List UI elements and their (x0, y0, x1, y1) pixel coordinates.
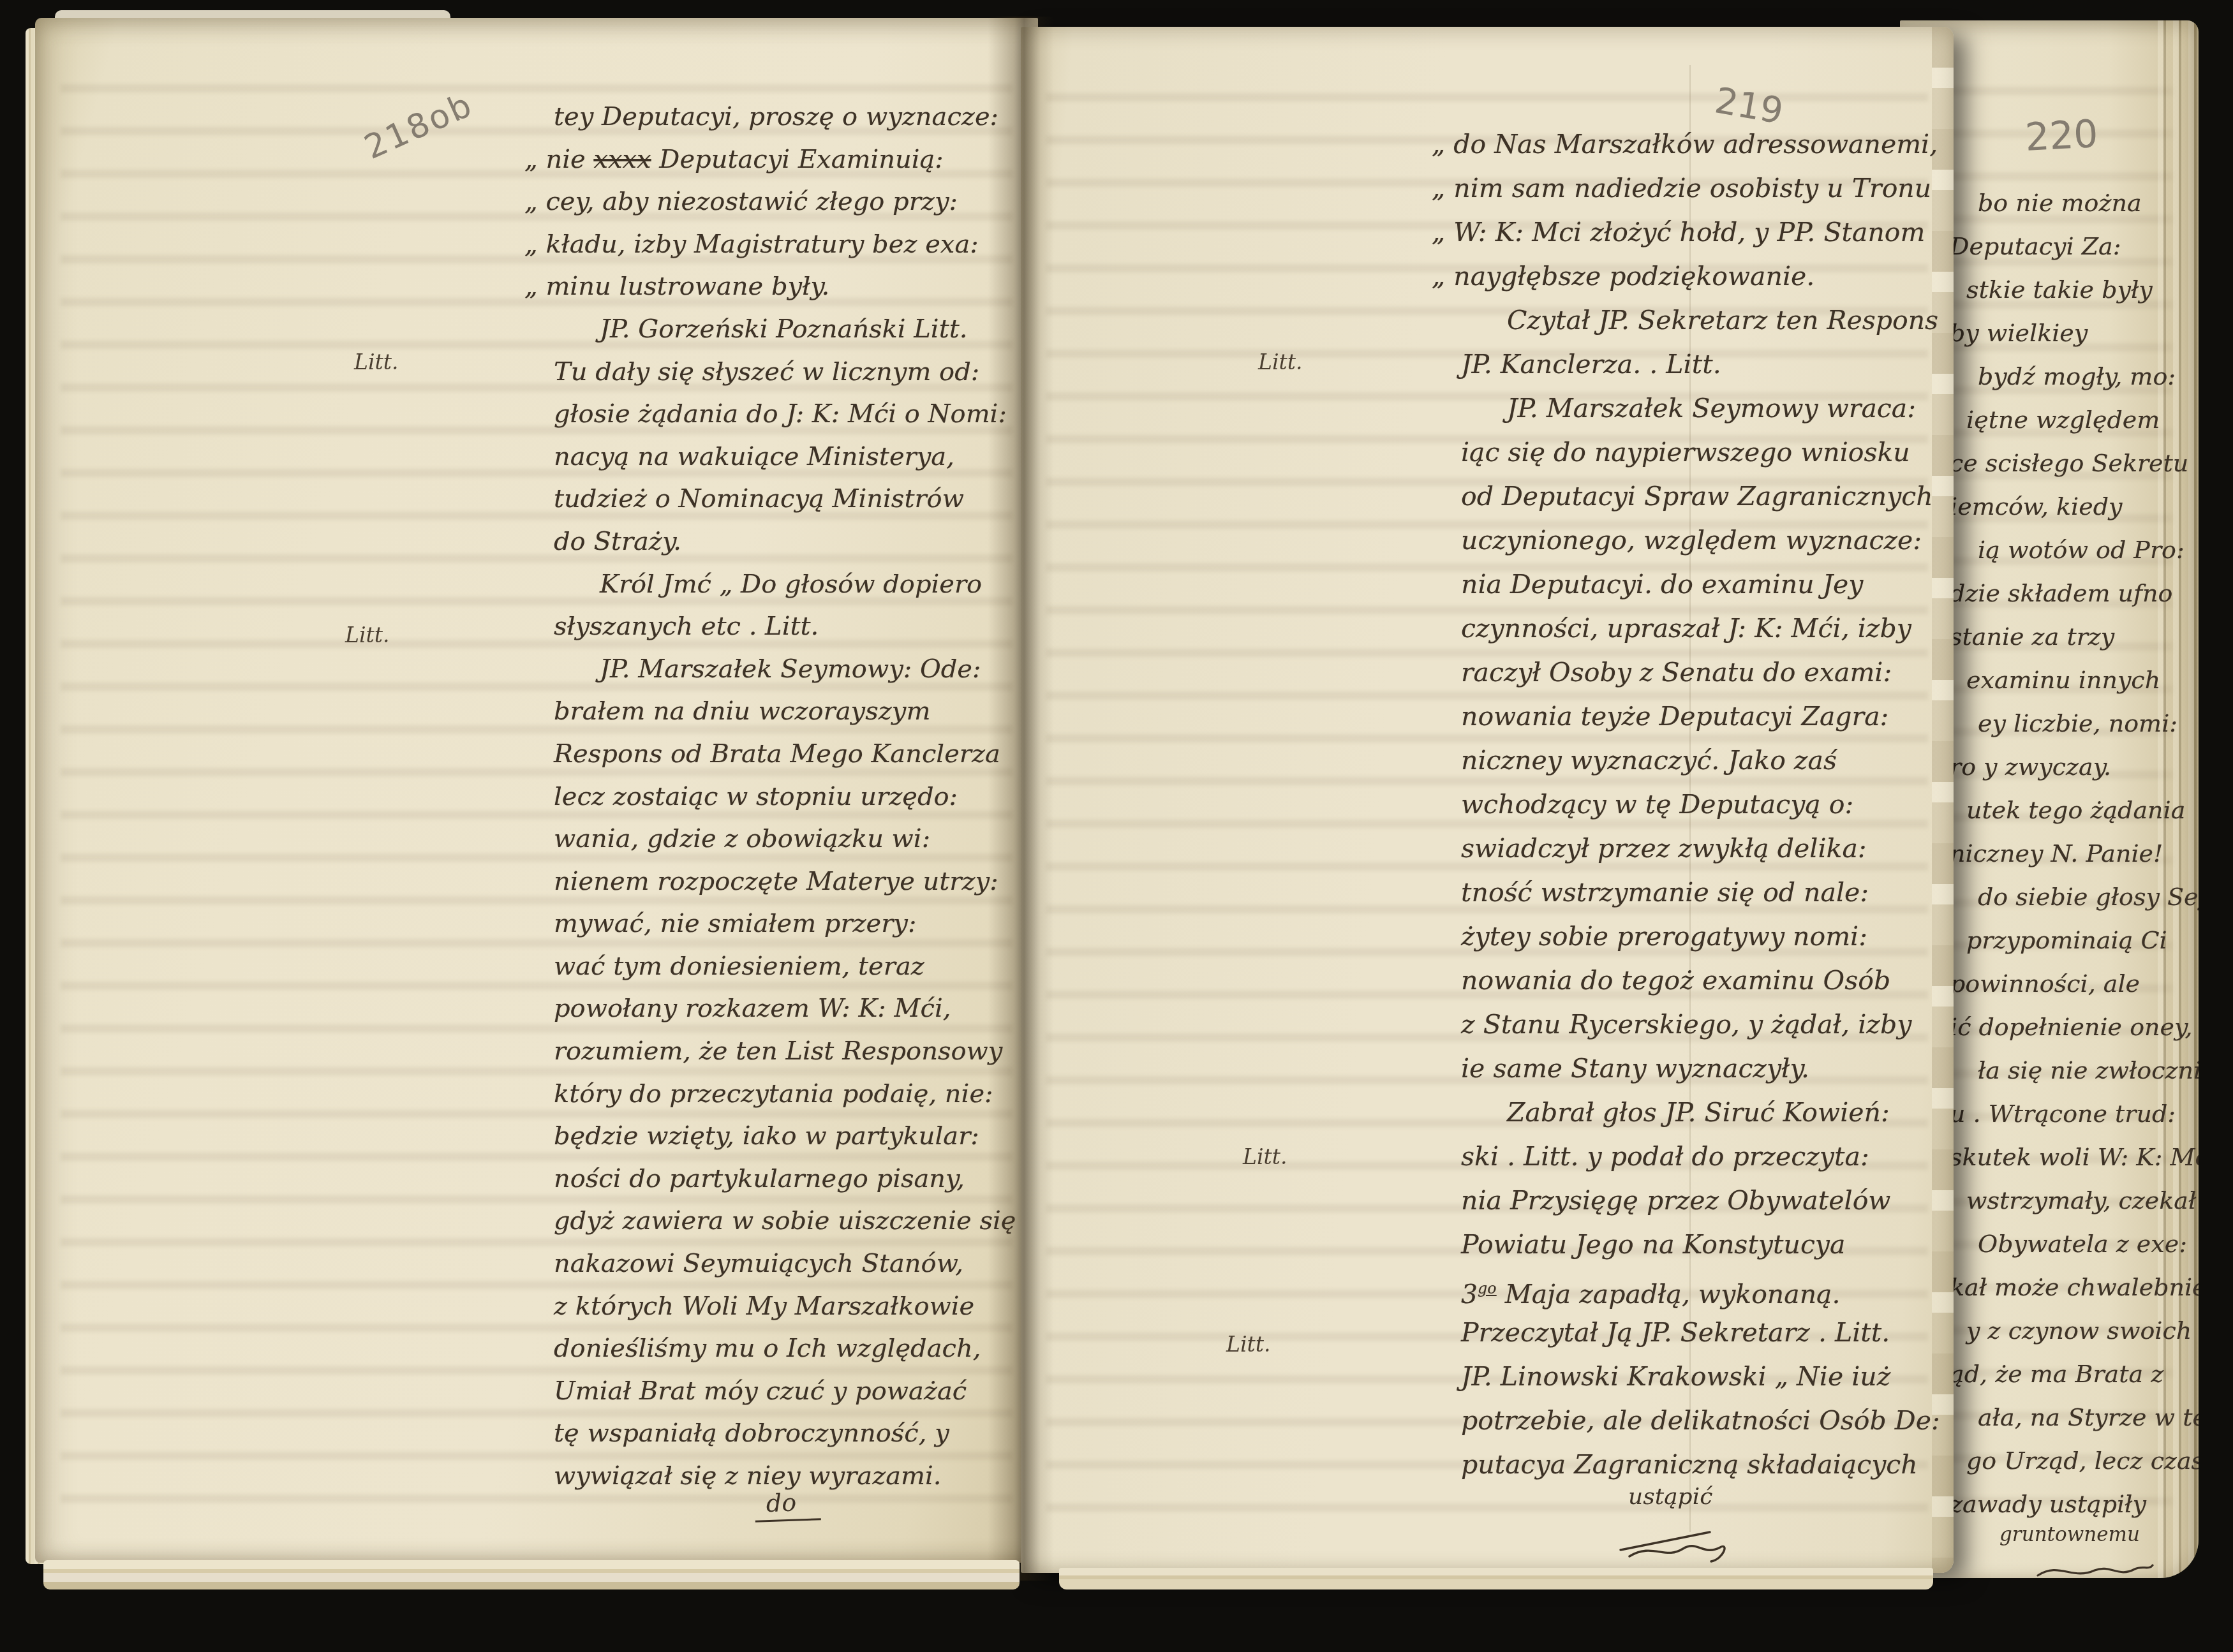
manuscript-line: ąd, że ma Brata z (1950, 1352, 2195, 1396)
manuscript-line: ey liczbie, nomi: (1950, 702, 2195, 745)
manuscript-line: iemców, kiedy (1950, 485, 2195, 528)
manuscript-line: nia Przysięgę przez Obywatelów (1461, 1179, 1933, 1223)
manuscript-line: go Urząd, lecz czas (1950, 1439, 2195, 1482)
manuscript-line: Tu dały się słyszeć w licznym od: (554, 351, 1039, 394)
manuscript-line: wchodzący w tę Deputacyą o: (1461, 783, 1933, 827)
manuscript-line: niczney N. Panie! (1950, 832, 2195, 875)
manuscript-line: „ kładu, izby Magistratury bez exa: (554, 223, 1039, 266)
manuscript-line: ce scisłego Sekretu (1950, 441, 2195, 485)
manuscript-line: z Stanu Rycerskiego, y żądał, izby (1461, 1003, 1933, 1047)
manuscript-line: nowania do tegoż examinu Osób (1461, 959, 1933, 1003)
manuscript-line: brałem na dniu wczorayszym (554, 690, 1039, 733)
manuscript-line: „ naygłębsze podziękowanie. (1461, 254, 1933, 299)
manuscript-line: utek tego żądania (1950, 788, 2195, 832)
deckle-edge (1932, 27, 1954, 1573)
page-number-pencil-220: 220 (2024, 112, 2099, 160)
manuscript-photo: 220 bo nie możnaDeputacyi Za:stkie takie… (0, 0, 2233, 1652)
margin-note-litt: Litt. (1226, 1332, 1270, 1357)
manuscript-line: stanie za trzy (1950, 615, 2195, 658)
manuscript-line: skutek woli W: K: Mći (1950, 1135, 2195, 1179)
manuscript-line: JP. Gorzeński Poznański Litt. (554, 308, 1039, 351)
manuscript-line: stkie takie były (1950, 268, 2195, 311)
left-page-text: tey Deputacyi, proszę o wyznacze:„ nie x… (554, 96, 1039, 1498)
manuscript-line: 3go Maja zapadłą, wykonaną. (1461, 1267, 1933, 1311)
manuscript-line: potrzebie, ale delikatności Osób De: (1461, 1399, 1933, 1443)
manuscript-line: „ do Nas Marszałków adressowanemi, (1461, 122, 1933, 166)
manuscript-line: ała, na Styrze w tey (1950, 1396, 2195, 1439)
manuscript-line: u . Wtrącone trud: (1950, 1092, 2195, 1135)
manuscript-line: examinu innych (1950, 658, 2195, 702)
manuscript-line: Zabrał głos JP. Siruć Kowień: (1461, 1091, 1933, 1135)
superscript: go (1478, 1280, 1497, 1297)
left-page: 218ob Litt. Litt. tey Deputacyi, proszę … (35, 18, 1038, 1563)
manuscript-line: JP. Kanclerza. . Litt. (1461, 343, 1933, 387)
manuscript-line: zawady ustąpiły (1950, 1482, 2195, 1526)
manuscript-line: niczney wyznaczyć. Jako zaś (1461, 739, 1933, 783)
manuscript-line: będzie wzięty, iako w partykular: (554, 1115, 1039, 1158)
manuscript-line: „ W: K: Mci złożyć hołd, y PP. Stanom (1461, 210, 1933, 254)
manuscript-line: by wielkiey (1950, 311, 2195, 355)
right-page-text: bo nie możnaDeputacyi Za:stkie takie był… (1950, 181, 2195, 1526)
manuscript-line: „ minu lustrowane były. (554, 265, 1039, 308)
manuscript-line: gdyż zawiera w sobie uiszczenie się (554, 1200, 1039, 1243)
manuscript-line: iętne względem (1950, 398, 2195, 441)
manuscript-line: swiadczył przez zwykłą delika: (1461, 827, 1933, 871)
margin-note-litt: Litt. (1243, 1144, 1287, 1169)
manuscript-line: Powiatu Jego na Konstytucya (1461, 1223, 1933, 1267)
manuscript-line: tę wspaniałą dobroczynność, y (554, 1412, 1039, 1455)
bottom-sheet-edge-middle (1059, 1568, 1933, 1589)
manuscript-line: tey Deputacyi, proszę o wyznacze: (554, 96, 1039, 138)
manuscript-line: Deputacyi Za: (1950, 225, 2195, 268)
manuscript-line: JP. Linowski Krakowski „ Nie iuż (1461, 1355, 1933, 1399)
scribe-flourish-icon (1614, 1523, 1742, 1568)
manuscript-line: nakazowi Seymuiących Stanów, (554, 1243, 1039, 1285)
middle-page-text: „ do Nas Marszałków adressowanemi,„ nim … (1461, 122, 1933, 1487)
margin-note-litt: Litt. (345, 623, 389, 647)
manuscript-line: „ nie xxxx Deputacyi Examinuią: (554, 138, 1039, 181)
margin-note-litt: Litt. (354, 350, 398, 374)
manuscript-line: Czytał JP. Sekretarz ten Respons (1461, 299, 1933, 343)
manuscript-line: do siebie głosy Sey: (1950, 875, 2195, 918)
manuscript-line: z których Woli My Marszałkowie (554, 1285, 1039, 1328)
manuscript-line: ić dopełnienie oney, (1950, 1005, 2195, 1049)
manuscript-line: wstrzymały, czekał (1950, 1179, 2195, 1222)
manuscript-line: tudzież o Nominacyą Ministrów (554, 478, 1039, 520)
manuscript-line: do Straży. (554, 520, 1039, 563)
manuscript-line: żytey sobie prerogatywy nomi: (1461, 915, 1933, 959)
manuscript-line: Respons od Brata Mego Kanclerza (554, 733, 1039, 776)
manuscript-line: tność wstrzymanie się od nale: (1461, 871, 1933, 915)
manuscript-line: „ cey, aby niezostawić złego przy: (554, 181, 1039, 223)
bottom-sheet-edge-left (43, 1560, 1020, 1589)
manuscript-line: kał może chwalebnie, (1950, 1265, 2195, 1309)
manuscript-line: ności do partykularnego pisany, (554, 1158, 1039, 1200)
manuscript-line: od Deputacyi Spraw Zagranicznych (1461, 475, 1933, 519)
manuscript-line: bo nie można (1950, 181, 2195, 225)
manuscript-line: rozumiem, że ten List Responsowy (554, 1030, 1039, 1073)
manuscript-line: lecz zostaiąc w stopniu urzędo: (554, 776, 1039, 818)
manuscript-line: powołany rozkazem W: K: Mći, (554, 987, 1039, 1030)
manuscript-line: wać tym doniesieniem, teraz (554, 945, 1039, 988)
manuscript-line: bydź mogły, mo: (1950, 355, 2195, 398)
manuscript-line: mywać, nie smiałem przery: (554, 903, 1039, 945)
manuscript-line: Przeczytał Ją JP. Sekretarz . Litt. (1461, 1311, 1933, 1355)
catchword-do: do (754, 1487, 821, 1523)
struck-out-word: xxxx (593, 145, 651, 174)
manuscript-line: ła się nie zwłocznie (1950, 1049, 2195, 1092)
catchword-gruntownemu: gruntownemu (1999, 1523, 2140, 1546)
manuscript-line: czynności, upraszał J: K: Mći, izby (1461, 607, 1933, 651)
manuscript-line: nia Deputacyi. do examinu Jey (1461, 563, 1933, 607)
middle-page: 219 Litt. Litt. Litt. „ do Nas Marszałkó… (1021, 27, 1954, 1573)
manuscript-line: przypominaią Ci (1950, 918, 2195, 962)
manuscript-line: wania, gdzie z obowiązku wi: (554, 818, 1039, 860)
manuscript-line: iąc się do naypierwszego wniosku (1461, 431, 1933, 475)
manuscript-line: ski . Litt. y podał do przeczyta: (1461, 1135, 1933, 1179)
manuscript-line: JP. Marszałek Seymowy: Ode: (554, 648, 1039, 691)
manuscript-line: który do przeczytania podaię, nie: (554, 1073, 1039, 1116)
manuscript-line: głosie żądania do J: K: Mći o Nomi: (554, 393, 1039, 436)
gutter-shadow (988, 17, 1054, 1581)
scribe-flourish-icon (2034, 1556, 2155, 1578)
catchword-ustapic: ustąpić (1628, 1484, 1712, 1510)
manuscript-line: y z czynow swoich (1950, 1309, 2195, 1352)
manuscript-line: słyszanych etc . Litt. (554, 605, 1039, 648)
manuscript-line: Król Jmć „ Do głosów dopiero (554, 563, 1039, 606)
margin-note-litt: Litt. (1258, 350, 1302, 374)
manuscript-line: putacya Zagraniczną składaiących (1461, 1443, 1933, 1487)
manuscript-line: powinności, ale (1950, 962, 2195, 1005)
manuscript-line: ro y zwyczay. (1950, 745, 2195, 788)
manuscript-line: nacyą na wakuiące Ministerya, (554, 436, 1039, 478)
manuscript-line: donieśliśmy mu o Ich względach, (554, 1327, 1039, 1370)
manuscript-line: ie same Stany wyznaczyły. (1461, 1047, 1933, 1091)
manuscript-line: uczynionego, względem wyznacze: (1461, 519, 1933, 563)
manuscript-line: JP. Marszałek Seymowy wraca: (1461, 387, 1933, 431)
manuscript-line: ią wotów od Pro: (1950, 528, 2195, 572)
manuscript-line: „ nim sam nadiedzie osobisty u Tronu (1461, 166, 1933, 210)
manuscript-line: dzie składem ufno (1950, 572, 2195, 615)
manuscript-line: Obywatela z exe: (1950, 1222, 2195, 1265)
manuscript-line: nienem rozpoczęte Materye utrzy: (554, 860, 1039, 903)
manuscript-line: Umiał Brat móy czuć y poważać (554, 1370, 1039, 1413)
manuscript-line: nowania teyże Deputacyi Zagra: (1461, 695, 1933, 739)
manuscript-line: raczył Osoby z Senatu do exami: (1461, 651, 1933, 695)
